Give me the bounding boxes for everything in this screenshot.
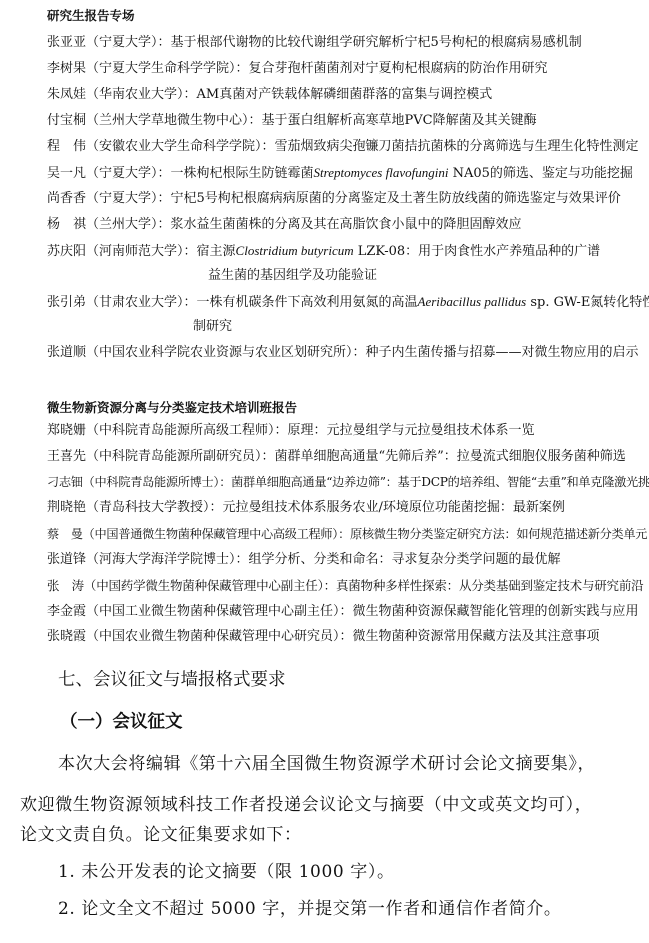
report-item: 刁志钿（中科院青岛能源所博士）：菌群单细胞高通量“边养边筛”：基于DCP的培养组…	[47, 474, 649, 490]
report-item: 付宝桐（兰州大学草地微生物中心）：基于蛋白组解析高寒草地PVC降解菌及其关键酶	[47, 113, 537, 129]
report-item: 张道锋（河海大学海洋学院博士）：组学分析、分类和命名：寻求复杂分类学问题的最优解	[47, 552, 561, 568]
report-title-continuation: 益生菌的基因组学及功能验证	[208, 268, 377, 284]
report-title: 种子内生菌传播与招募——对微生物应用的启示	[366, 345, 639, 360]
report-title: 原理：元拉曼组学与元拉曼组技术体系一览	[288, 423, 535, 438]
report-item: 王喜先（中科院青岛能源所副研究员）：菌群单细胞高通量“先筛后养”：拉曼流式细胞仪…	[47, 449, 626, 465]
speaker: 张引弟（甘肃农业大学）：	[47, 295, 197, 310]
requirement-item: 2. 论文全文不超过 5000 字，并提交第一作者和通信作者简介。	[58, 894, 562, 919]
report-title: 组学分析、分类和命名：寻求复杂分类学问题的最优解	[249, 552, 561, 567]
report-title-tail: LZK-08：用于肉食性水产养殖品种的广谱	[354, 244, 601, 259]
report-item: 尚香香（宁夏大学）：宁杞5号枸杞根腐病病原菌的分离鉴定及土著生防放线菌的筛选鉴定…	[47, 191, 621, 207]
requirement-item: 1. 未公开发表的论文摘要（限 1000 字）。	[58, 857, 395, 882]
report-title: 一株有机碳条件下高效利用氨氮的高温	[197, 295, 418, 310]
paragraph-line: 论文文责自负。论文征集要求如下：	[20, 820, 302, 845]
speaker: 张道顺（中国农业科学院农业资源与农业区划研究所）：	[47, 345, 366, 360]
speaker: 李金霞（中国工业微生物菌种保藏管理中心副主任）：	[47, 604, 353, 619]
chapter-heading: 七、会议征文与墙报格式要求	[58, 666, 286, 691]
paragraph-line: 本次大会将编辑《第十六届全国微生物资源学术研讨会论文摘要集》，	[58, 749, 595, 774]
report-title: 原核微生物分类鉴定研究方法：如何规范描述新分类单元	[350, 527, 647, 541]
report-item: 苏庆阳（河南师范大学）：宿主源Clostridium butyricum LZK…	[47, 243, 600, 260]
report-item: 李树果（宁夏大学生命科学学院）：复合芽孢杆菌菌剂对宁夏枸杞根腐病的防治作用研究	[47, 61, 548, 77]
species-name: Streptomyces flavofungini	[314, 165, 449, 180]
speaker: 程 伟（安徽农业大学生命科学学院）：	[47, 139, 275, 154]
report-item: 荆晓艳（青岛科技大学教授）：元拉曼组技术体系服务农业/环境原位功能菌挖掘：最新案…	[47, 500, 565, 516]
speaker: 王喜先（中科院青岛能源所副研究员）：	[47, 449, 275, 464]
report-item: 程 伟（安徽农业大学生命科学学院）：雪茄烟致病尖孢镰刀菌拮抗菌株的分离筛选与生理…	[47, 139, 639, 155]
speaker: 荆晓艳（青岛科技大学教授）：	[47, 500, 223, 515]
speaker: 张亚亚（宁夏大学）：	[47, 35, 171, 50]
section-title-training-reports: 微生物新资源分离与分类鉴定技术培训班报告	[47, 398, 297, 416]
report-item: 张道顺（中国农业科学院农业资源与农业区划研究所）：种子内生菌传播与招募——对微生…	[47, 345, 639, 361]
subsection-heading: （一）会议征文	[60, 708, 183, 733]
speaker: 张晓霞（中国农业微生物菌种保藏管理中心研究员）：	[47, 629, 353, 644]
report-item: 朱凤娃（华南农业大学）：AM真菌对产铁载体解磷细菌群落的富集与调控模式	[47, 87, 492, 103]
speaker: 吴一凡（宁夏大学）：	[47, 166, 171, 181]
report-item: 张晓霞（中国农业微生物菌种保藏管理中心研究员）：微生物菌种资源常用保藏方法及其注…	[47, 629, 600, 645]
speaker: 朱凤娃（华南农业大学）：	[47, 87, 197, 102]
report-title: 元拉曼组技术体系服务农业/环境原位功能菌挖掘：最新案例	[223, 500, 565, 515]
report-title: 宿主源	[197, 244, 236, 259]
report-title: AM真菌对产铁载体解磷细菌群落的富集与调控模式	[197, 87, 493, 102]
species-name: Aeribacillus pallidus	[418, 294, 527, 309]
speaker: 付宝桐（兰州大学草地微生物中心）：	[47, 113, 262, 128]
report-title: 宁杞5号枸杞根腐病病原菌的分离鉴定及土著生防放线菌的筛选鉴定与效果评价	[171, 191, 621, 206]
report-title-tail: NA05的筛选、鉴定与功能挖掘	[448, 166, 632, 181]
section-title-graduate-reports: 研究生报告专场	[47, 6, 135, 24]
report-title: 基于蛋白组解析高寒草地PVC降解菌及其关键酶	[262, 113, 537, 128]
speaker: 张 涛（中国药学微生物菌种保藏管理中心副主任）：	[47, 578, 336, 593]
report-title: 基于根部代谢物的比较代谢组学研究解析宁杞5号枸杞的根腐病易感机制	[171, 35, 582, 50]
report-title: 菌群单细胞高通量“先筛后养”：拉曼流式细胞仪服务菌种筛选	[275, 449, 626, 464]
report-title: 一株枸杞根际生防链霉菌	[171, 166, 314, 181]
paragraph-line: 欢迎微生物资源领域科技工作者投递会议论文与摘要（中文或英文均可），	[20, 790, 592, 815]
report-title: 微生物菌种资源保藏智能化管理的创新实践与应用	[353, 604, 639, 619]
speaker: 张道锋（河海大学海洋学院博士）：	[47, 552, 249, 567]
report-title: 浆水益生菌菌株的分离及其在高脂饮食小鼠中的降胆固醇效应	[171, 217, 522, 232]
speaker: 杨 祺（兰州大学）：	[47, 217, 171, 232]
species-name: Clostridium butyricum	[236, 243, 354, 258]
speaker: 蔡 曼（中国普通微生物菌种保藏管理中心高级工程师）：	[47, 527, 350, 541]
report-title: 雪茄烟致病尖孢镰刀菌拮抗菌株的分离筛选与生理生化特性测定	[275, 139, 639, 154]
report-item: 李金霞（中国工业微生物菌种保藏管理中心副主任）：微生物菌种资源保藏智能化管理的创…	[47, 604, 639, 620]
report-item: 张 涛（中国药学微生物菌种保藏管理中心副主任）：真菌物种多样性探索：从分类基础到…	[47, 578, 643, 594]
report-item: 杨 祺（兰州大学）：浆水益生菌菌株的分离及其在高脂饮食小鼠中的降胆固醇效应	[47, 217, 522, 233]
speaker: 郑晓姗（中科院青岛能源所高级工程师）：	[47, 423, 288, 438]
report-item: 张引弟（甘肃农业大学）：一株有机碳条件下高效利用氨氮的高温Aeribacillu…	[47, 294, 649, 311]
report-title-continuation: 制研究	[193, 319, 232, 335]
report-title: 真菌物种多样性探索：从分类基础到鉴定技术与研究前沿	[336, 578, 644, 593]
speaker: 尚香香（宁夏大学）：	[47, 191, 171, 206]
report-title: 复合芽孢杆菌菌剂对宁夏枸杞根腐病的防治作用研究	[249, 61, 548, 76]
speaker: 苏庆阳（河南师范大学）：	[47, 244, 197, 259]
report-item: 吴一凡（宁夏大学）：一株枸杞根际生防链霉菌Streptomyces flavof…	[47, 165, 633, 182]
speaker: 李树果（宁夏大学生命科学学院）：	[47, 61, 249, 76]
report-title: 微生物菌种资源常用保藏方法及其注意事项	[353, 629, 600, 644]
report-item: 郑晓姗（中科院青岛能源所高级工程师）：原理：元拉曼组学与元拉曼组技术体系一览	[47, 423, 535, 439]
speaker: 刁志钿（中科院青岛能源所博士）：	[47, 475, 231, 489]
report-item: 蔡 曼（中国普通微生物菌种保藏管理中心高级工程师）：原核微生物分类鉴定研究方法：…	[47, 526, 647, 542]
report-title: 菌群单细胞高通量“边养边筛”：基于DCP的培养组、智能“去重”和单克隆激光挑取	[231, 475, 649, 489]
report-title-tail: sp. GW-E氮转化特性及机	[526, 295, 649, 310]
report-item: 张亚亚（宁夏大学）：基于根部代谢物的比较代谢组学研究解析宁杞5号枸杞的根腐病易感…	[47, 35, 582, 51]
